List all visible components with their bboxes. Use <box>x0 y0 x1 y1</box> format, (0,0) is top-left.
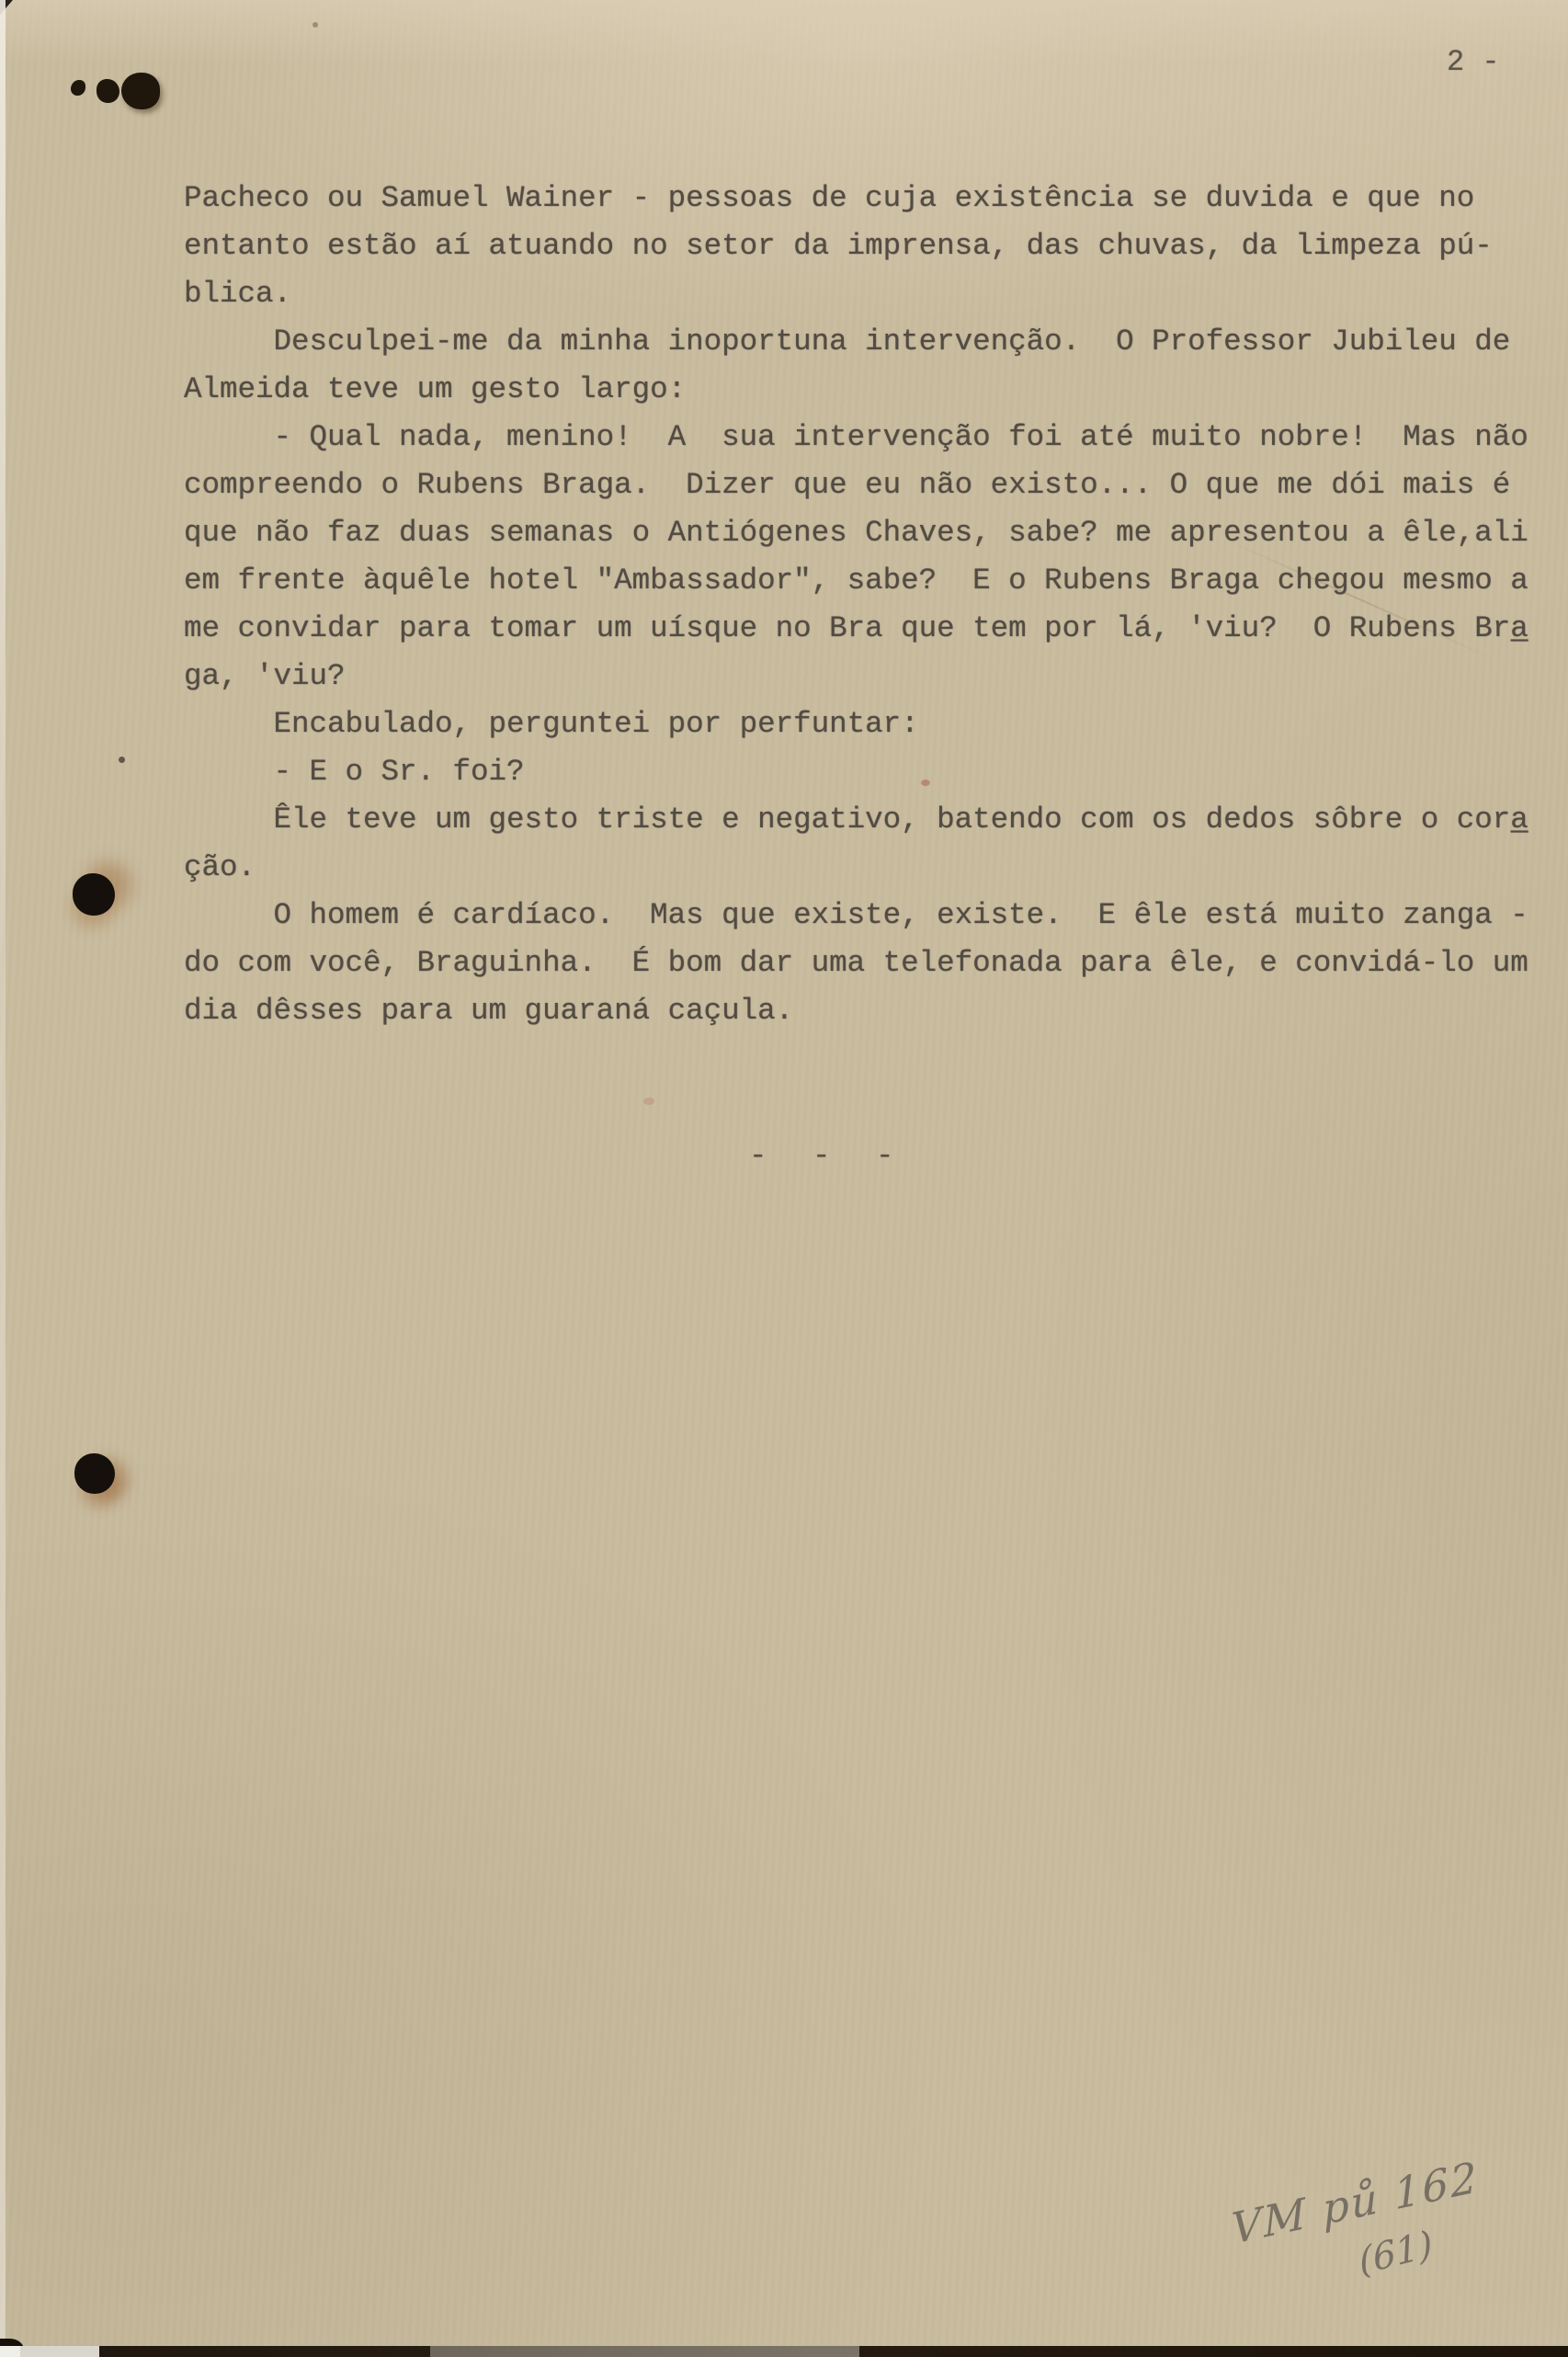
typewritten-line: do com você, Braguinha. É bom dar uma te… <box>184 939 1528 987</box>
ink-speck <box>119 757 125 763</box>
hole-punch-bottom <box>74 1453 115 1494</box>
ink-blot-small <box>71 80 85 96</box>
typewritten-line: ga, 'viu? <box>184 653 1528 700</box>
section-separator: - - - <box>749 1133 895 1180</box>
handwritten-catalog-number-secondary: (61) <box>1357 2223 1436 2283</box>
typewritten-line: Encabulado, perguntei por perfuntar: <box>184 700 1528 748</box>
typewritten-line: Êle teve um gesto triste e negativo, bat… <box>184 796 1528 844</box>
typewritten-line: O homem é cardíaco. Mas que existe, exis… <box>184 892 1528 939</box>
paper-stain <box>312 22 318 28</box>
paper-stain <box>921 780 930 786</box>
typewritten-line: Almeida teve um gesto largo: <box>184 366 1528 414</box>
typewritten-line: blica. <box>184 270 1528 318</box>
typewritten-line: Pacheco ou Samuel Wainer - pessoas de cu… <box>184 175 1528 222</box>
typewritten-line: - Qual nada, menino! A sua intervenção f… <box>184 414 1528 461</box>
typewritten-line: compreendo o Rubens Braga. Dizer que eu … <box>184 461 1528 509</box>
page-left-edge <box>0 0 6 2357</box>
typewritten-line: me convidar para tomar um uísque no Bra … <box>184 605 1528 653</box>
typewritten-line: dia dêsses para um guaraná caçula. <box>184 987 1528 1035</box>
handwritten-catalog-number: VM pů 162 <box>1230 2152 1480 2254</box>
scanned-typewritten-page: 2 - Pacheco ou Samuel Wainer - pessoas d… <box>0 0 1568 2357</box>
typewritten-line: Desculpei-me da minha inoportuna interve… <box>184 318 1528 366</box>
typewritten-line: - E o Sr. foi? <box>184 748 1528 796</box>
ink-blot-medium <box>97 79 119 103</box>
typewritten-text: Pacheco ou Samuel Wainer - pessoas de cu… <box>184 175 1528 1035</box>
typewritten-line: ção. <box>184 844 1528 892</box>
scan-bottom-edge <box>0 2346 1568 2357</box>
paper-stain <box>643 1098 654 1105</box>
ink-blot-large <box>121 73 160 109</box>
typewritten-line: que não faz duas semanas o Antiógenes Ch… <box>184 509 1528 557</box>
typewritten-line: entanto estão aí atuando no setor da imp… <box>184 222 1528 270</box>
page-number: 2 - <box>1447 39 1500 86</box>
hole-punch-top <box>73 873 115 916</box>
typewritten-line: em frente àquêle hotel "Ambassador", sab… <box>184 557 1528 605</box>
